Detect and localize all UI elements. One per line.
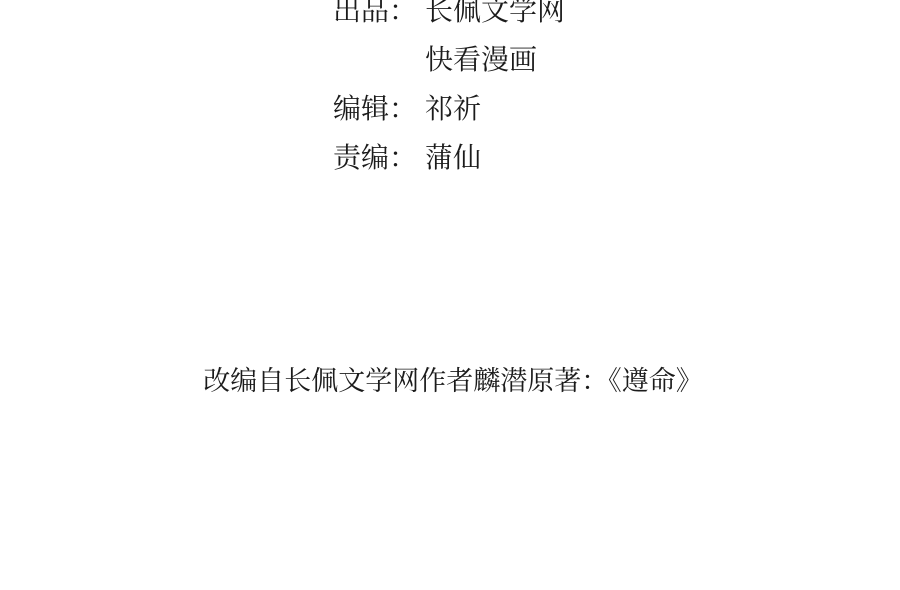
- credit-label: 编辑：: [333, 84, 425, 133]
- credit-value: 长佩文学网: [425, 0, 565, 35]
- credit-label: 出品：: [333, 0, 425, 35]
- credit-value: 蒲仙: [425, 133, 481, 182]
- adaptation-note: 改编自长佩文学网作者麟潜原著：《遵命》: [0, 362, 900, 402]
- credit-row-editor: 编辑： 祁祈: [333, 84, 565, 133]
- credit-value: 祁祈: [425, 84, 481, 133]
- credits-block: 出品： 长佩文学网 快看漫画 编辑： 祁祈 责编： 蒲仙: [333, 0, 565, 182]
- credit-row-publisher: 出品： 长佩文学网: [333, 0, 565, 35]
- credit-value: 快看漫画: [425, 35, 537, 84]
- credit-row-publisher-2: 快看漫画: [333, 35, 565, 84]
- credit-row-responsible-editor: 责编： 蒲仙: [333, 133, 565, 182]
- credit-label: 责编：: [333, 133, 425, 182]
